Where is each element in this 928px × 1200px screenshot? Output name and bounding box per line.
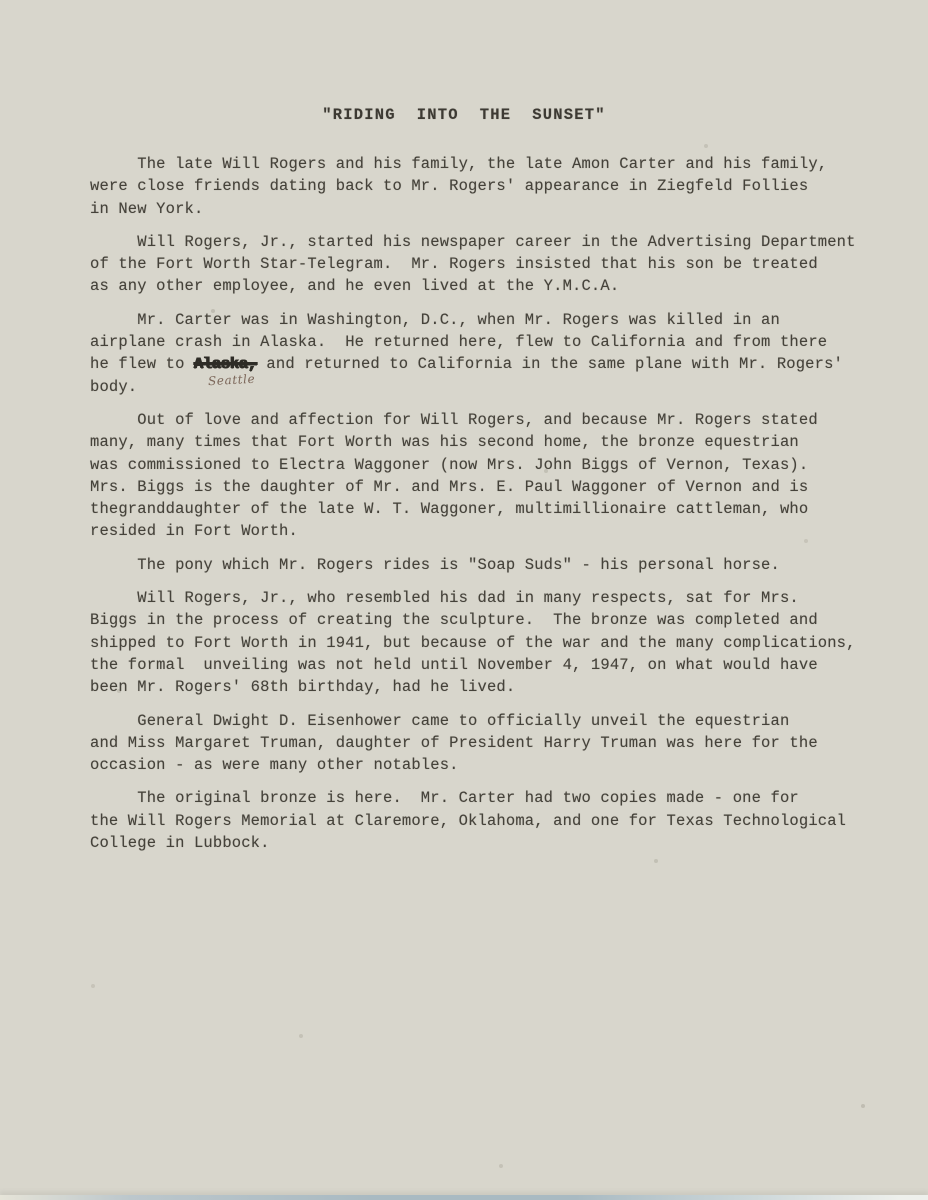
text-line: the Will Rogers Memorial at Claremore, O… (90, 810, 888, 832)
paragraph-eisenhower: General Dwight D. Eisenhower came to off… (90, 710, 888, 777)
text-line: as any other employee, and he even lived… (90, 275, 888, 297)
paragraph-friendship: The late Will Rogers and his family, the… (90, 153, 888, 220)
text-line: Mrs. Biggs is the daughter of Mr. and Mr… (90, 476, 888, 498)
handwritten-correction: Seattle (207, 368, 255, 393)
document-body: The late Will Rogers and his family, the… (0, 153, 928, 854)
text-line: the formal unveiling was not held until … (90, 654, 888, 676)
text-line: The original bronze is here. Mr. Carter … (90, 787, 888, 809)
text-line: The late Will Rogers and his family, the… (90, 153, 888, 175)
text-line: The pony which Mr. Rogers rides is "Soap… (90, 554, 888, 576)
text-line: airplane crash in Alaska. He returned he… (90, 331, 888, 353)
text-line: thegranddaughter of the late W. T. Waggo… (90, 498, 888, 520)
text-line: many, many times that Fort Worth was his… (90, 431, 888, 453)
paper-speckles (0, 0, 2, 2)
text-line: been Mr. Rogers' 68th birthday, had he l… (90, 676, 888, 698)
text-line: were close friends dating back to Mr. Ro… (90, 175, 888, 197)
correction-before-text: he flew to (90, 355, 194, 373)
correction-after-text: and returned to California in the same p… (257, 355, 843, 373)
text-line: in New York. (90, 198, 888, 220)
document-title: "RIDING INTO THE SUNSET" (0, 0, 928, 124)
paragraph-newspaper-career: Will Rogers, Jr., started his newspaper … (90, 231, 888, 298)
text-line: Biggs in the process of creating the scu… (90, 609, 888, 631)
text-line: College in Lubbock. (90, 832, 888, 854)
paragraph-pony: The pony which Mr. Rogers rides is "Soap… (90, 554, 888, 576)
paragraph-copies: The original bronze is here. Mr. Carter … (90, 787, 888, 854)
text-line: was commissioned to Electra Waggoner (no… (90, 454, 888, 476)
paragraph-plane-crash: Mr. Carter was in Washington, D.C., when… (90, 309, 888, 398)
text-line: Mr. Carter was in Washington, D.C., when… (90, 309, 888, 331)
text-line: Will Rogers, Jr., who resembled his dad … (90, 587, 888, 609)
text-line: Out of love and affection for Will Roger… (90, 409, 888, 431)
scan-bottom-edge (0, 1195, 928, 1200)
text-line: of the Fort Worth Star-Telegram. Mr. Rog… (90, 253, 888, 275)
text-line: Will Rogers, Jr., started his newspaper … (90, 231, 888, 253)
text-line: General Dwight D. Eisenhower came to off… (90, 710, 888, 732)
text-line: occasion - as were many other notables. (90, 754, 888, 776)
text-line: resided in Fort Worth. (90, 520, 888, 542)
paragraph-sculpture-unveiling: Will Rogers, Jr., who resembled his dad … (90, 587, 888, 698)
scanned-document-page: "RIDING INTO THE SUNSET" The late Will R… (0, 0, 928, 1200)
paragraph-bronze-commission: Out of love and affection for Will Roger… (90, 409, 888, 543)
text-line: and Miss Margaret Truman, daughter of Pr… (90, 732, 888, 754)
text-line-with-correction: he flew to Alaska, and returned to Calif… (90, 353, 888, 375)
text-line: shipped to Fort Worth in 1941, but becau… (90, 632, 888, 654)
